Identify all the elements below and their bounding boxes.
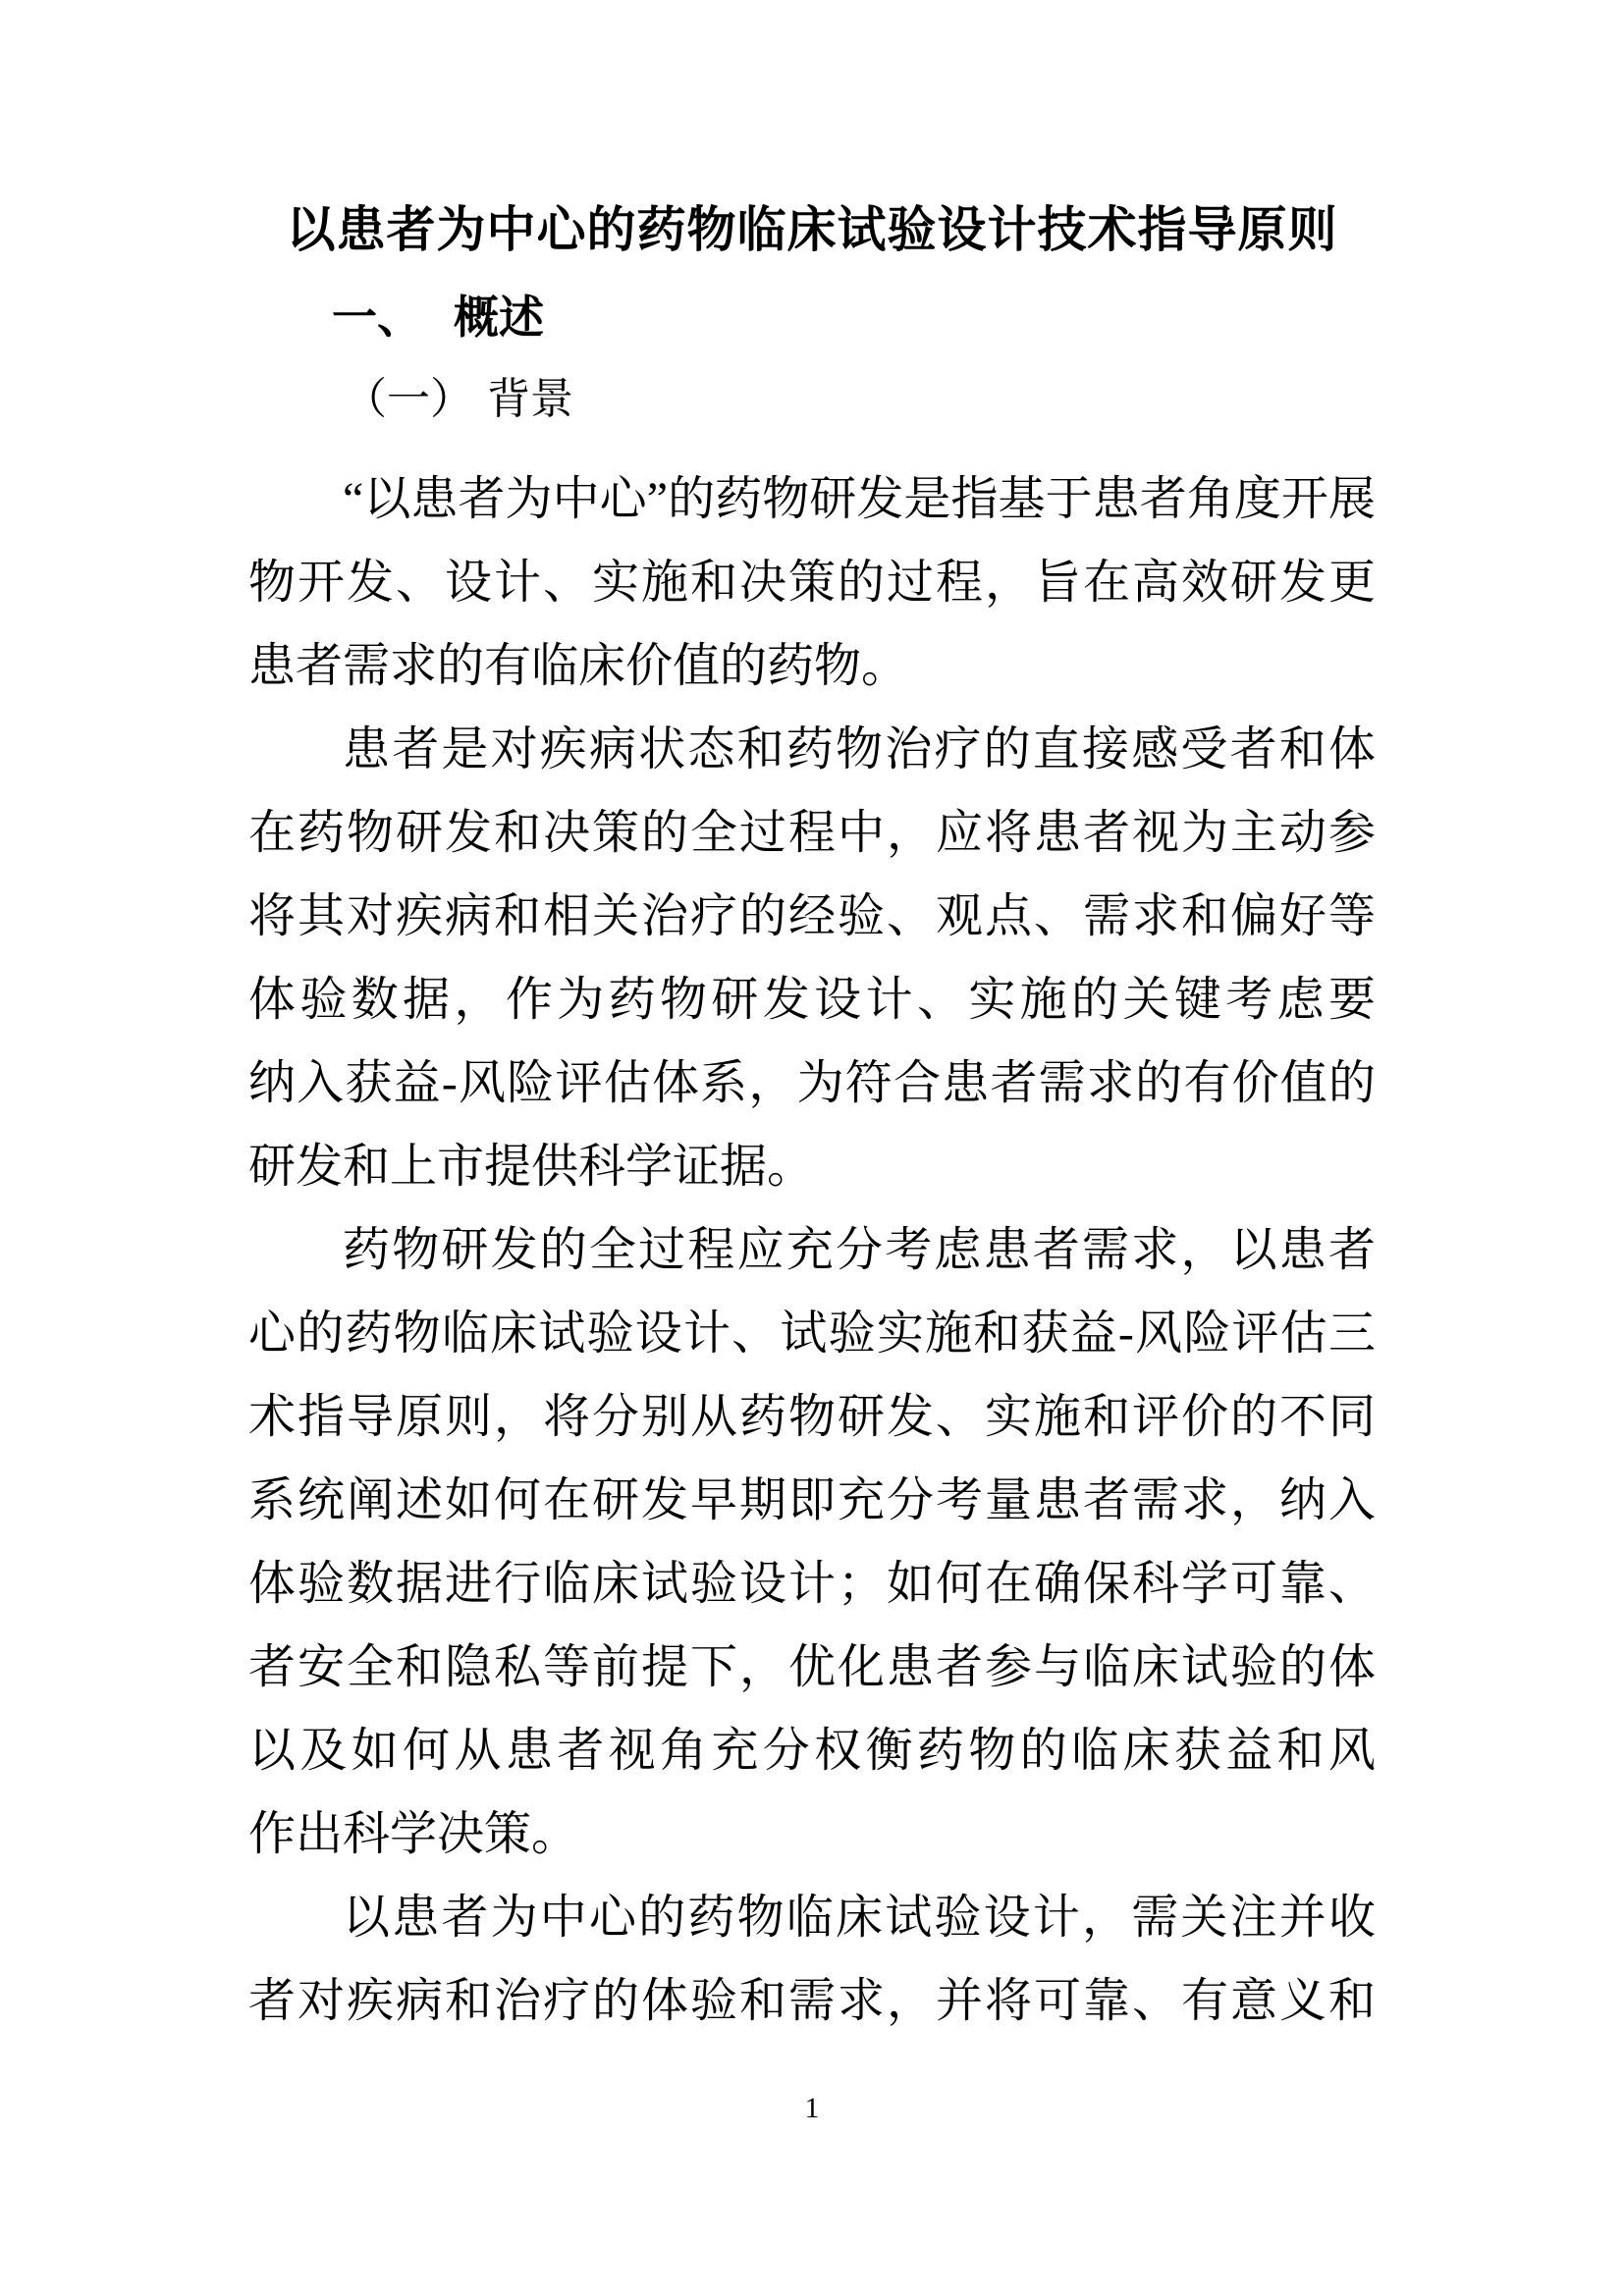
section-heading: 一、概述 bbox=[332, 290, 544, 347]
subsection-heading: （一）背景 bbox=[344, 373, 573, 426]
paragraph-line: 术指导原则，将分别从药物研发、实施和评价的不同阶段， bbox=[248, 1375, 1376, 1459]
paragraph-line: 者对疾病和治疗的体验和需求，并将可靠、有意义和有代 bbox=[248, 1959, 1376, 2043]
section-title: 概述 bbox=[454, 293, 544, 343]
document-body: “以患者为中心”的药物研发是指基于患者角度开展的药 物开发、设计、实施和决策的过… bbox=[248, 457, 1376, 2043]
paragraph-line: 作出科学决策。 bbox=[248, 1792, 1376, 1876]
paragraph-line: 心的药物临床试验设计、试验实施和获益-风险评估三项技 bbox=[248, 1292, 1376, 1375]
paragraph-line: 研发和上市提供科学证据。 bbox=[248, 1125, 1376, 1208]
paragraph-line: 物开发、设计、实施和决策的过程，旨在高效研发更符合 bbox=[248, 541, 1376, 624]
paragraph-line: 者安全和隐私等前提下，优化患者参与临床试验的体验； bbox=[248, 1626, 1376, 1709]
paragraph-line: 纳入获益-风险评估体系，为符合患者需求的有价值的药物 bbox=[248, 1041, 1376, 1125]
paragraph-line: 在药物研发和决策的全过程中，应将患者视为主动参与者， bbox=[248, 791, 1376, 875]
paragraph-line: 将其对疾病和相关治疗的经验、观点、需求和偏好等患者 bbox=[248, 875, 1376, 958]
document-page: 以患者为中心的药物临床试验设计技术指导原则 一、概述 （一）背景 “以患者为中心… bbox=[0, 0, 1624, 2296]
paragraph-line: 患者是对疾病状态和药物治疗的直接感受者和体验者。 bbox=[248, 708, 1376, 791]
subsection-number: （一） bbox=[344, 375, 473, 423]
subsection-title: 背景 bbox=[487, 375, 573, 423]
section-number: 一、 bbox=[332, 293, 422, 343]
paragraph-line: 体验数据，作为药物研发设计、实施的关键考虑要素，并 bbox=[248, 958, 1376, 1041]
paragraph-line: 以及如何从患者视角充分权衡药物的临床获益和风险，并 bbox=[248, 1709, 1376, 1792]
paragraph-line: 以患者为中心的药物临床试验设计，需关注并收集患 bbox=[248, 1876, 1376, 1959]
paragraph-line: “以患者为中心”的药物研发是指基于患者角度开展的药 bbox=[248, 457, 1376, 541]
paragraph-line: 体验数据进行临床试验设计；如何在确保科学可靠、受试 bbox=[248, 1542, 1376, 1626]
paragraph-line: 系统阐述如何在研发早期即充分考量患者需求，纳入患者 bbox=[248, 1459, 1376, 1542]
paragraph-line: 患者需求的有临床价值的药物。 bbox=[248, 624, 1376, 708]
document-title: 以患者为中心的药物临床试验设计技术指导原则 bbox=[248, 198, 1376, 261]
page-number: 1 bbox=[0, 2089, 1624, 2128]
paragraph-line: 药物研发的全过程应充分考虑患者需求，以患者为中 bbox=[248, 1208, 1376, 1292]
